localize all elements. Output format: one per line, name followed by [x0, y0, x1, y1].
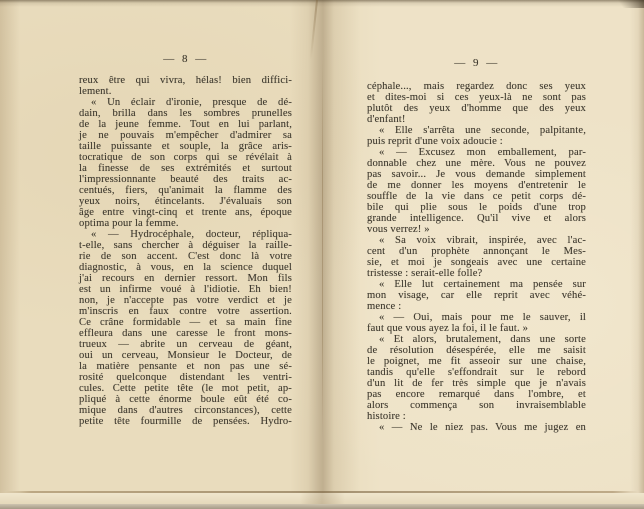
text-line: de la jeune femme. Tout en lui parlant,	[79, 119, 292, 130]
text-line: effleura dans une caresse le front mons-	[79, 328, 292, 339]
text-line: « — Oui, mais pour me le sauver, il	[367, 312, 586, 323]
text-line: « — Ne le niez pas. Vous me jugez en	[367, 422, 586, 433]
text-line: faut que vous ayez la foi, il le faut. »	[367, 323, 586, 334]
page-9: — 9 — céphale..., mais regardez donc ses…	[367, 57, 586, 433]
text-line: tandis qu'elle s'effondrait sur le rebor…	[367, 367, 586, 378]
text-line: optima pour la femme.	[79, 218, 292, 229]
text-line: reux être qui vivra, hélas! bien diffici…	[79, 75, 292, 86]
text-line: est un infirme voué à l'idiotie. Eh bien…	[79, 284, 292, 295]
text-line: non, je n'accepte pas votre verdict et j…	[79, 295, 292, 306]
text-line: diagnostic, à vous, en la science duquel	[79, 262, 292, 273]
scan-corner-shadow	[614, 0, 644, 8]
text-line: alors commença son invraisemblable	[367, 400, 586, 411]
text-line: « Elle lut certainement ma pensée sur	[367, 279, 586, 290]
text-line: centués, fiers, qu'animait la flamme des	[79, 185, 292, 196]
text-line: bile qui plie sous le poids d'une trop	[367, 202, 586, 213]
text-line: mique dans d'autres circonstances), cett…	[79, 405, 292, 416]
text-line: « Un éclair d'ironie, presque de dé-	[79, 97, 292, 108]
text-line: souffle de la vie dans ce petit corps dé…	[367, 191, 586, 202]
text-line: rosité quelconque distendant les ventri-	[79, 372, 292, 383]
text-line: yeux noirs, étincelants. J'évaluais son	[79, 196, 292, 207]
text-line: histoire :	[367, 411, 586, 422]
text-line: rie de son accent. C'est donc là votre	[79, 251, 292, 262]
text-line: d'un lit de fer très simple que je n'ava…	[367, 378, 586, 389]
text-line: grande intelligence. Qu'il vive et alors	[367, 213, 586, 224]
book-scan: — 8 — reux être qui vivra, hélas! bien d…	[0, 0, 644, 509]
text-line: « Sa voix vibrait, inspirée, avec l'ac-	[367, 235, 586, 246]
page-block-edge	[0, 493, 644, 504]
text-line: pas savoir... Je vous demande simplement	[367, 169, 586, 180]
text-line: donnable chez une mère. Vous ne pouvez	[367, 158, 586, 169]
text-line: le poignet, me fit asseoir sur une chais…	[367, 356, 586, 367]
page-9-text: céphale..., mais regardez donc ses yeuxe…	[367, 81, 586, 433]
text-line: j'ai recours en dernier ressort. Mon fil…	[79, 273, 292, 284]
text-line: plutôt des yeux d'homme que des yeux	[367, 103, 586, 114]
text-line: « — Hydrocéphale, docteur, répliqua-	[79, 229, 292, 240]
text-line: céphale..., mais regardez donc ses yeux	[367, 81, 586, 92]
text-line: puis reprit d'une voix adoucie :	[367, 136, 586, 147]
text-line: m'inscris en faux contre votre assertion…	[79, 306, 292, 317]
text-line: lement.	[79, 86, 292, 97]
scan-bottom-shadow	[0, 504, 644, 509]
page-8: — 8 — reux être qui vivra, hélas! bien d…	[79, 53, 292, 427]
text-line: dain, brilla dans les sombres prunelles	[79, 108, 292, 119]
text-line: la matière pensante et non pas une sé-	[79, 361, 292, 372]
text-line: tocratique de son corps qui se révélait …	[79, 152, 292, 163]
page-8-number: — 8 —	[79, 53, 292, 65]
text-line: la finesse de ses extrémités et surtout	[79, 163, 292, 174]
text-line: cules. Cette petite tête (le mot petit, …	[79, 383, 292, 394]
text-line: mon visage, car elle reprit avec véhé-	[367, 290, 586, 301]
text-line: tristesse : serait-elle folle?	[367, 268, 586, 279]
text-line: trueux — abrite un cerveau de géant,	[79, 339, 292, 350]
page-9-number: — 9 —	[367, 57, 586, 69]
text-line: sie, et moi je songeais avec une certain…	[367, 257, 586, 268]
text-line: mence :	[367, 301, 586, 312]
text-line: de résolution désespérée, elle me saisit	[367, 345, 586, 356]
text-line: oui un cerveau, Monsieur le Docteur, de	[79, 350, 292, 361]
text-line: de me donner les moyens d'entretenir le	[367, 180, 586, 191]
text-line: taille puissante et souple, la grâce ari…	[79, 141, 292, 152]
text-line: « Elle s'arrêta une seconde, palpitante,	[367, 125, 586, 136]
text-line: Ce crâne formidable — et sa main fine	[79, 317, 292, 328]
gutter-shadow	[322, 60, 323, 440]
text-line: âge entre vingt-cinq et trente ans, époq…	[79, 207, 292, 218]
text-line: t-elle, sans chercher à déguiser la rail…	[79, 240, 292, 251]
page-8-text: reux être qui vivra, hélas! bien diffici…	[79, 75, 292, 427]
text-line: « Et alors, brutalement, dans une sorte	[367, 334, 586, 345]
text-line: « — Excusez mon emballement, par-	[367, 147, 586, 158]
text-line: et dites-moi si ces yeux-là ne sont pas	[367, 92, 586, 103]
text-line: pas encore remarqué dans l'ombre, et	[367, 389, 586, 400]
text-line: je ne pouvais m'empêcher d'admirer sa	[79, 130, 292, 141]
text-line: vous verrez! »	[367, 224, 586, 235]
text-line: l'impressionnante beauté des traits ac-	[79, 174, 292, 185]
spine-crease	[310, 0, 318, 60]
text-line: d'enfant!	[367, 114, 586, 125]
text-line: cent d'un prophète annonçant le Mes-	[367, 246, 586, 257]
text-line: pliqué à cette énorme boule eût été co-	[79, 394, 292, 405]
text-line: petite tête fourmille de pensées. Hydro-	[79, 416, 292, 427]
